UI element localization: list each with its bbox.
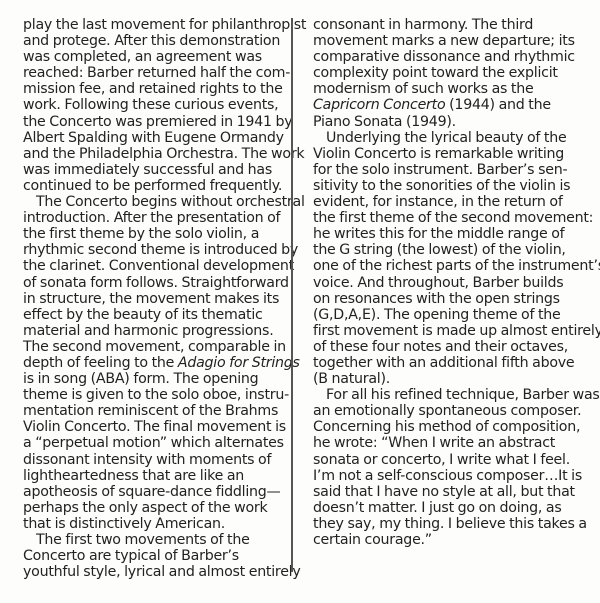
text-line: he wrote: “When I write an abstract: [313, 435, 588, 451]
text-line: consonant in harmony. The third: [313, 17, 588, 33]
text-line: rhythmic second theme is introduced by: [23, 242, 285, 258]
text-line: sonata or concerto, I write what I feel.: [313, 452, 588, 468]
text-line: together with an additional fifth above: [313, 355, 588, 371]
text-line: depth of feeling to the Adagio for Strin…: [23, 355, 285, 371]
text-line: movement marks a new departure; its: [313, 33, 588, 49]
text-line: of sonata form follows. Straightforward: [23, 275, 285, 291]
text-line: Capricorn Concerto (1944) and the: [313, 97, 588, 113]
text-line: first movement is made up almost entirel…: [313, 323, 588, 339]
text-line: Albert Spalding with Eugene Ormandy: [23, 130, 285, 146]
text-line: evident, for instance, in the return of: [313, 194, 588, 210]
text-line: The Concerto begins without orchestral: [23, 194, 285, 210]
italic-title: Adagio for Strings: [178, 355, 300, 371]
text-line: continued to be performed frequently.: [23, 178, 285, 194]
text-line: modernism of such works as the: [313, 81, 588, 97]
text-line: the Concerto was premiered in 1941 by: [23, 114, 285, 130]
text-line: introduction. After the presentation of: [23, 210, 285, 226]
text-line: I’m not a self-conscious composer…It is: [313, 468, 588, 484]
text-line: material and harmonic progressions.: [23, 323, 285, 339]
text-line: mentation reminiscent of the Brahms: [23, 403, 285, 419]
text-line: Violin Concerto is remarkable writing: [313, 146, 588, 162]
text-line: voice. And throughout, Barber builds: [313, 275, 588, 291]
text-line: theme is given to the solo oboe, instru-: [23, 387, 285, 403]
text-line: For all his refined technique, Barber wa…: [313, 387, 588, 403]
text-line: was completed, an agreement was: [23, 49, 285, 65]
text-line: (B natural).: [313, 371, 588, 387]
text-line: The second movement, comparable in: [23, 339, 285, 355]
text-line: Underlying the lyrical beauty of the: [313, 130, 588, 146]
text-line: The first two movements of the: [23, 532, 285, 548]
text-line: for the solo instrument. Barber’s sen-: [313, 162, 588, 178]
text-line: play the last movement for philanthropis…: [23, 17, 285, 33]
text-line: mission fee, and retained rights to the: [23, 81, 285, 97]
text-line: Concerning his method of composition,: [313, 419, 588, 435]
text-line: complexity point toward the explicit: [313, 65, 588, 81]
text-line: dissonant intensity with moments of: [23, 452, 285, 468]
text-line: was immediately successful and has: [23, 162, 285, 178]
right-text-column: consonant in harmony. The thirdmovement …: [313, 17, 588, 548]
left-text-column: play the last movement for philanthropis…: [23, 17, 285, 580]
text-line: they say, my thing. I believe this takes…: [313, 516, 588, 532]
text-line: Concerto are typical of Barber’s: [23, 548, 285, 564]
text-line: said that I have no style at all, but th…: [313, 484, 588, 500]
text-line: the clarinet. Conventional development: [23, 258, 285, 274]
text-line: and protege. After this demonstration: [23, 33, 285, 49]
text-line: that is distinctively American.: [23, 516, 285, 532]
text-line: a “perpetual motion” which alternates: [23, 435, 285, 451]
text-line: the first theme of the second movement:: [313, 210, 588, 226]
text-line: doesn’t matter. I just go on doing, as: [313, 500, 588, 516]
text-line: of these four notes and their octaves,: [313, 339, 588, 355]
text-line: and the Philadelphia Orchestra. The work: [23, 146, 285, 162]
text-line: youthful style, lyrical and almost entir…: [23, 564, 285, 580]
text-line: Piano Sonata (1949).: [313, 114, 588, 130]
text-line: apotheosis of square-dance fiddling—: [23, 484, 285, 500]
text-line: the G string (the lowest) of the violin,: [313, 242, 588, 258]
text-line: perhaps the only aspect of the work: [23, 500, 285, 516]
text-segment: (1944) and the: [445, 97, 550, 113]
text-line: certain courage.”: [313, 532, 588, 548]
italic-title: Capricorn Concerto: [313, 97, 445, 113]
text-line: an emotionally spontaneous composer.: [313, 403, 588, 419]
text-line: he writes this for the middle range of: [313, 226, 588, 242]
text-line: sitivity to the sonorities of the violin…: [313, 178, 588, 194]
text-segment: depth of feeling to the: [23, 355, 178, 371]
text-line: effect by the beauty of its thematic: [23, 307, 285, 323]
text-line: on resonances with the open strings: [313, 291, 588, 307]
text-line: Violin Concerto. The final movement is: [23, 419, 285, 435]
text-line: the first theme by the solo violin, a: [23, 226, 285, 242]
text-line: one of the richest parts of the instrume…: [313, 258, 588, 274]
text-line: work. Following these curious events,: [23, 97, 285, 113]
text-line: (G,D,A,E). The opening theme of the: [313, 307, 588, 323]
text-line: in structure, the movement makes its: [23, 291, 285, 307]
text-line: reached: Barber returned half the com-: [23, 65, 285, 81]
text-line: is in song (ABA) form. The opening: [23, 371, 285, 387]
column-divider: [291, 18, 293, 572]
text-line: comparative dissonance and rhythmic: [313, 49, 588, 65]
text-line: lightheartedness that are like an: [23, 468, 285, 484]
